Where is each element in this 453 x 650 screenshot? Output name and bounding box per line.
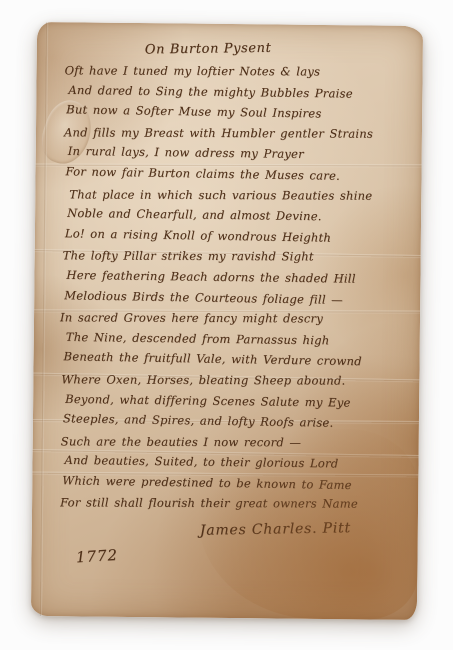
- poem-line: For now fair Burton claims the Muses car…: [65, 161, 407, 187]
- poem-body: Oft have I tuned my loftier Notes & lays…: [60, 59, 409, 516]
- poem-line: Oft have I tuned my loftier Notes & lays: [65, 60, 409, 82]
- handwritten-text: On Burton Pysent Oft have I tuned my lof…: [31, 22, 423, 620]
- poem-title: On Burton Pysent: [145, 39, 423, 58]
- poem-line: In sacred Groves here fancy might descry: [60, 307, 406, 329]
- poem-line: Where Oxen, Horses, bleating Sheep aboun…: [61, 369, 405, 391]
- manuscript-photo: On Burton Pysent Oft have I tuned my lof…: [0, 0, 453, 650]
- manuscript-paper: On Burton Pysent Oft have I tuned my lof…: [31, 22, 423, 620]
- poem-line: For still shall flourish their great own…: [60, 493, 404, 515]
- poem-line: The lofty Pillar strikes my ravishd Sigh…: [63, 246, 407, 268]
